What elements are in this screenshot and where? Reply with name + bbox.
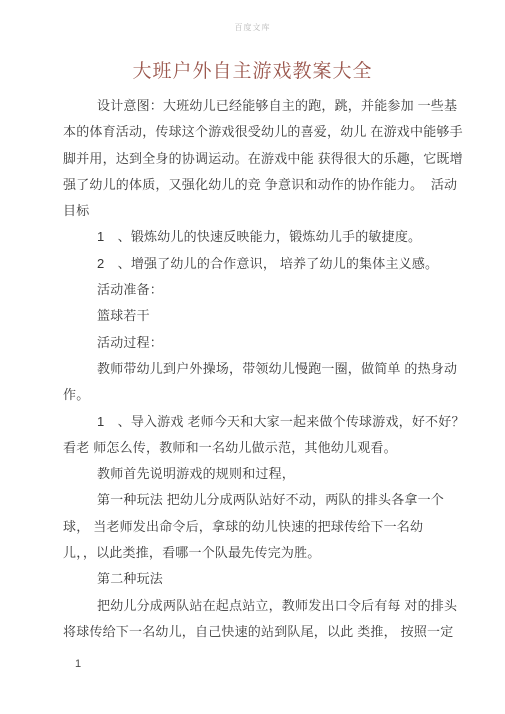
text-line: 球， 当老师发出命令后，拿球的幼儿快速的把球传给下一名幼: [63, 514, 447, 540]
baidu-wenku-watermark: 百度文库: [0, 22, 505, 33]
text-line: 将球传给下一名幼儿，自己快速的站到队尾，以此 类推， 按照一定: [63, 619, 447, 645]
text-line: 目标: [63, 198, 447, 224]
text-line: 1 、锻炼幼儿的快速反映能力，锻炼幼儿手的敏捷度。: [63, 224, 447, 250]
text-line: 教师带幼儿到户外操场，带领幼儿慢跑一圈，做简单 的热身动: [63, 356, 447, 382]
text-line: 2 、增强了幼儿的合作意识， 培养了幼儿的集体主义感。: [63, 251, 447, 277]
text-line: 本的体育活动，传球这个游戏很受幼儿的喜爱，幼儿 在游戏中能够手: [63, 119, 447, 145]
text-line: 第一种玩法 把幼儿分成两队站好不动，两队的排头各拿一个: [63, 487, 447, 513]
text-line: 1 、导入游戏 老师今天和大家一起来做个传球游戏，好不好？: [63, 409, 447, 435]
text-line: 教师首先说明游戏的规则和过程，: [63, 461, 447, 487]
document-page: 百度文库 大班户外自主游戏教案大全 设计意图：大班幼儿已经能够自主的跑，跳，并能…: [0, 0, 505, 714]
text-line: 活动准备：: [63, 277, 447, 303]
text-line: 看老 师怎么传，教师和一名幼儿做示范，其他幼儿观看。: [63, 435, 447, 461]
text-line: 第二种玩法: [63, 566, 447, 592]
page-number: 1: [75, 658, 81, 670]
text-line: 脚并用，达到全身的协调运动。在游戏中能 获得很大的乐趣，它既增: [63, 146, 447, 172]
text-line: 儿，，以此类推，看哪一个队最先传完为胜。: [63, 540, 447, 566]
page-title: 大班户外自主游戏教案大全: [0, 56, 505, 83]
text-line: 把幼儿分成两队站在起点站立，教师发出口令后有每 对的排头: [63, 593, 447, 619]
text-line: 活动过程：: [63, 330, 447, 356]
text-line: 篮球若干: [63, 303, 447, 329]
document-body: 设计意图：大班幼儿已经能够自主的跑，跳，并能参加 一些基 本的体育活动，传球这个…: [63, 93, 447, 645]
text-line: 强了幼儿的体质，又强化幼儿的竞 争意识和动作的协作能力。 活动: [63, 172, 447, 198]
text-line: 作。: [63, 382, 447, 408]
text-line: 设计意图：大班幼儿已经能够自主的跑，跳，并能参加 一些基: [63, 93, 447, 119]
